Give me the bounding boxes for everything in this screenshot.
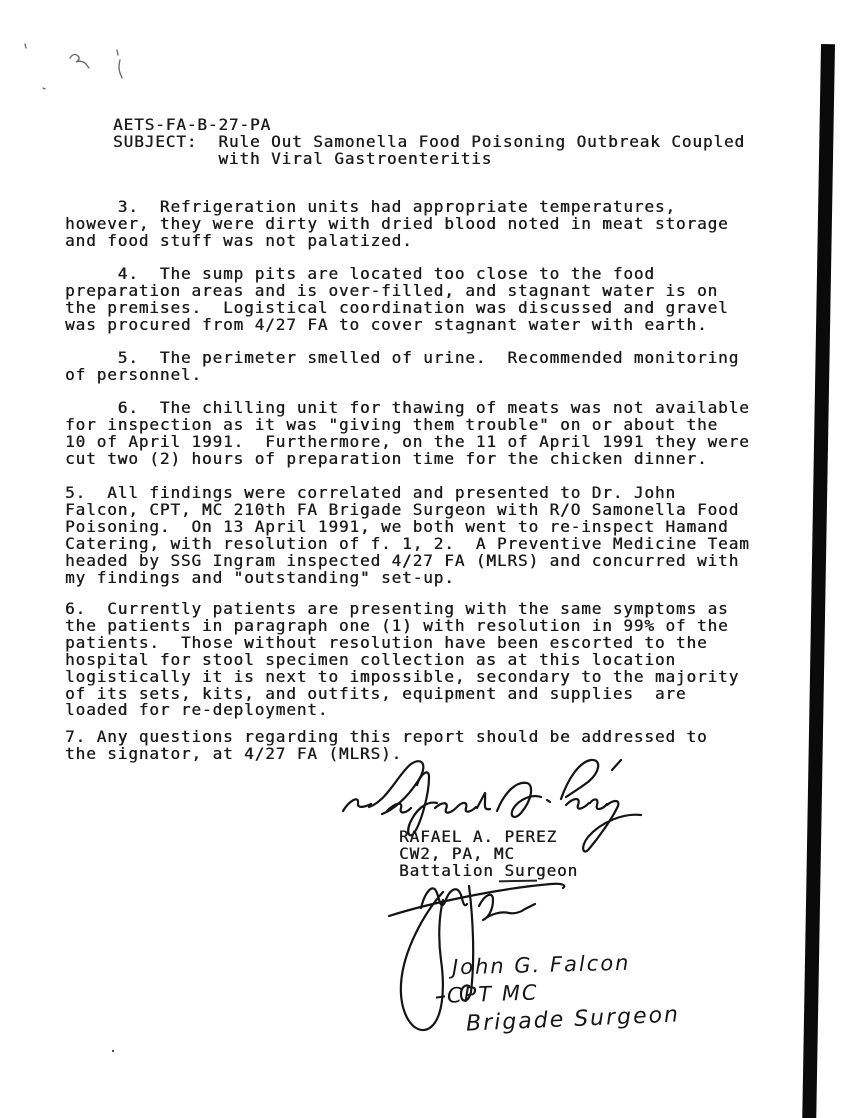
handwritten-name: John G. Falcon [452,951,631,980]
pencil-marks [18,38,138,98]
scan-speck [112,1050,114,1052]
paragraph-item-3: 3. Refrigeration units had appropriate t… [65,199,729,250]
paragraph-item-5: 5. The perimeter smelled of urine. Recom… [65,350,739,384]
paragraph-6: 6. Currently patients are presenting wit… [65,601,739,719]
paragraph-item-4: 4. The sump pits are located too close t… [65,266,729,334]
handwritten-rank: CPT MC [447,980,539,1007]
paragraph-5: 5. All findings were correlated and pres… [65,485,750,586]
scan-artifact-bar [802,44,835,1118]
scanned-document-page: AETS-FA-B-27-PA SUBJECT: Rule Out Samone… [0,0,850,1118]
signoff-typed-block: RAFAEL A. PEREZ CW2, PA, MC Battalion Su… [399,829,578,880]
document-header: AETS-FA-B-27-PA SUBJECT: Rule Out Samone… [113,117,745,168]
paragraph-item-6: 6. The chilling unit for thawing of meat… [65,400,750,468]
